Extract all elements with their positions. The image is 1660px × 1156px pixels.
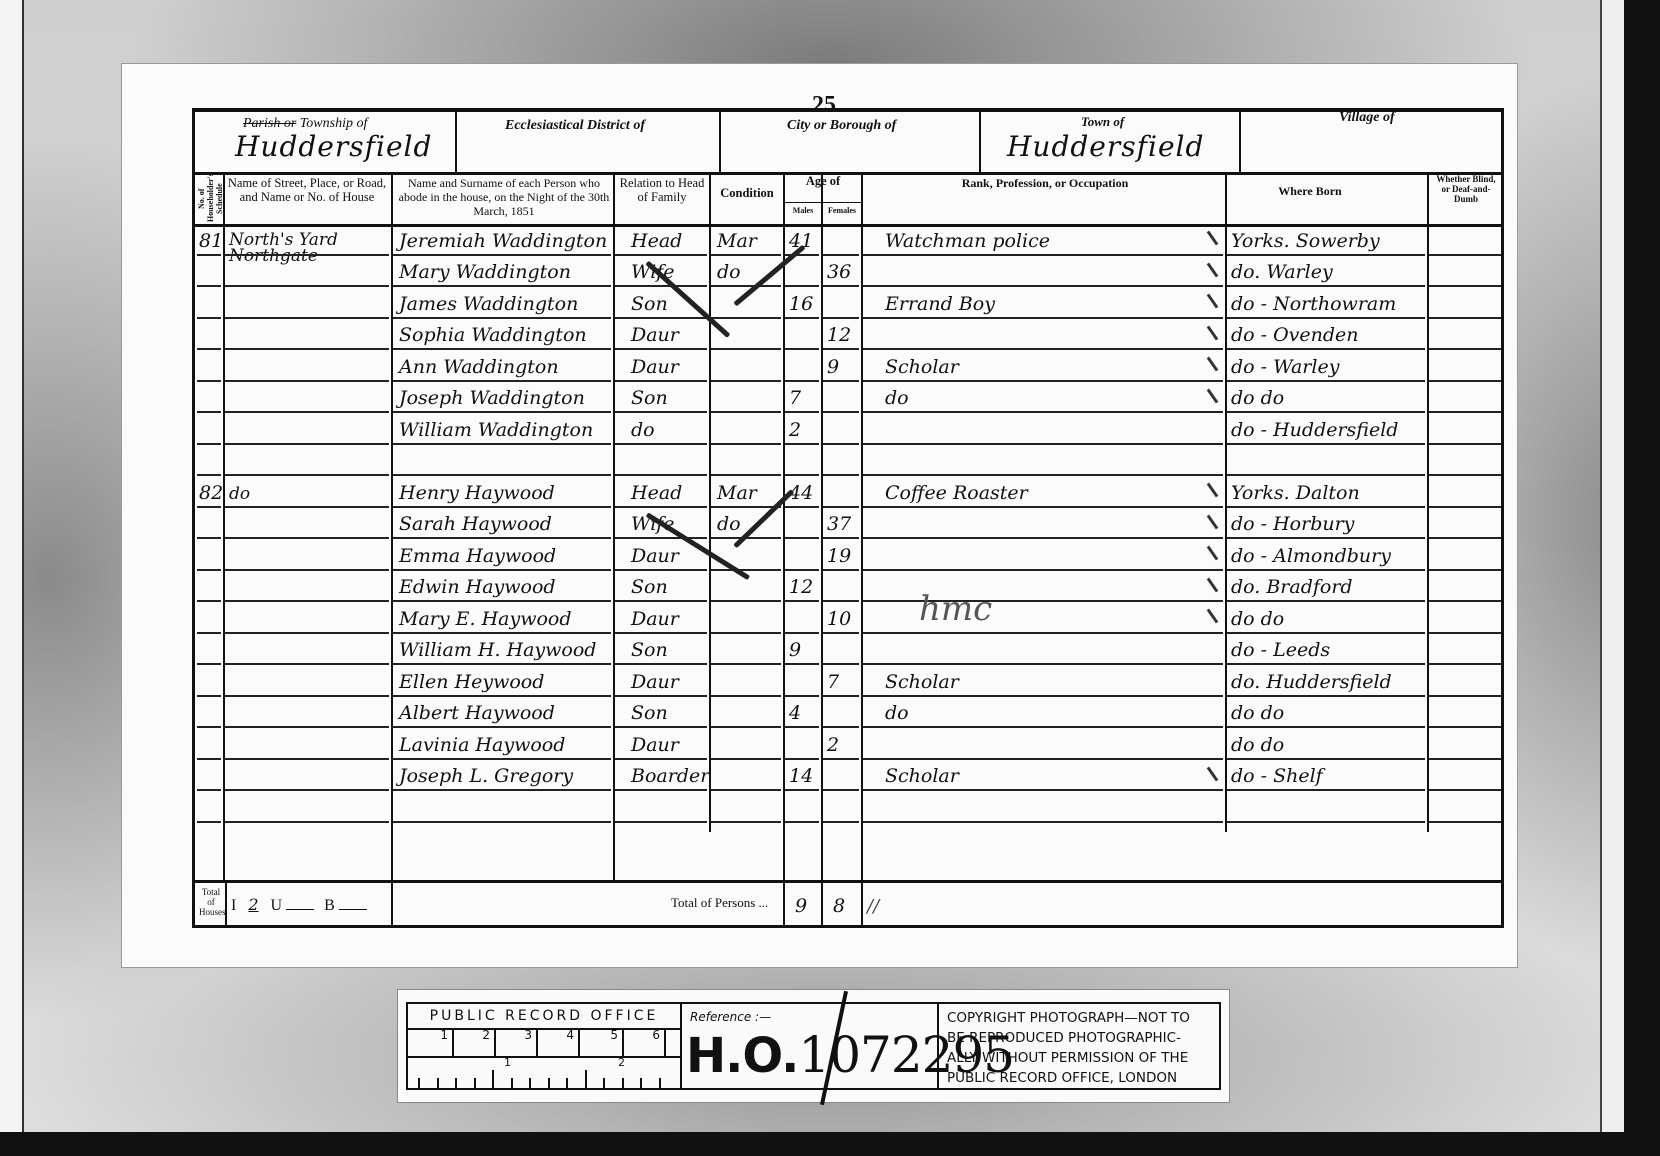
person-name: Jeremiah Waddington bbox=[399, 230, 607, 252]
rule-h bbox=[197, 821, 221, 823]
ecclesiastical-cell: Ecclesiastical District of bbox=[457, 112, 721, 172]
birthplace: Yorks. Sowerby bbox=[1231, 230, 1380, 252]
pro-label-frame: PUBLIC RECORD OFFICE 1 2 3 4 5 6 1 2 Ref… bbox=[406, 1002, 1221, 1090]
relation-to-head: Son bbox=[631, 293, 668, 315]
film-edge-left bbox=[0, 0, 24, 1156]
film-edge-right-inner bbox=[1600, 0, 1624, 1156]
relation-to-head: Daur bbox=[631, 608, 679, 630]
scale-1: 1 bbox=[408, 1028, 454, 1056]
houses-uninhabited bbox=[286, 909, 314, 910]
relation-to-head: Daur bbox=[631, 671, 679, 693]
reference-prefix: H.O. bbox=[686, 1028, 798, 1084]
ecclesiastical-label: Ecclesiastical District of bbox=[505, 118, 645, 134]
street-address: do bbox=[229, 484, 250, 504]
col-blind-deaf: Whether Blind, or Deaf-and-Dumb bbox=[1435, 174, 1497, 204]
birthplace: do. Warley bbox=[1231, 261, 1333, 283]
reference-label: Reference :— bbox=[690, 1010, 771, 1024]
margin-scrawl: hmc bbox=[919, 589, 992, 629]
film-edge-bottom bbox=[0, 1132, 1660, 1156]
ruler-tick bbox=[455, 1078, 457, 1090]
totals-row: Total of Houses I 2 U B Total of Persons… bbox=[195, 880, 1501, 925]
place-header: Parish or Township of Huddersfield Eccle… bbox=[195, 112, 1501, 175]
col-age: Age of bbox=[785, 174, 861, 188]
table-row: Sarah HaywoodWifedo37do - Horbury bbox=[195, 508, 1501, 540]
uninhabited-label: U bbox=[271, 897, 283, 914]
age-subdivider bbox=[785, 202, 861, 203]
rule-v bbox=[391, 883, 393, 925]
table-row: Emma HaywoodDaur19do - Almondbury bbox=[195, 539, 1501, 571]
relation-to-head: Head bbox=[631, 482, 682, 504]
birthplace: do - Warley bbox=[1231, 356, 1339, 378]
scale-5: 5 bbox=[580, 1028, 624, 1056]
ruler-tick bbox=[474, 1078, 476, 1090]
occupation: do bbox=[885, 387, 909, 409]
table-row: Lavinia HaywoodDaur2do do bbox=[195, 728, 1501, 760]
total-houses-label: Total of Houses bbox=[199, 887, 223, 917]
age-male: 2 bbox=[789, 419, 801, 441]
inhabited-label: I bbox=[231, 897, 236, 914]
ruler-tick bbox=[492, 1070, 494, 1090]
ruler-tick bbox=[566, 1078, 568, 1090]
ruler-tick bbox=[585, 1070, 587, 1090]
person-name: Albert Haywood bbox=[399, 702, 555, 724]
relation-to-head: Daur bbox=[631, 356, 679, 378]
ruler-tick bbox=[437, 1078, 439, 1090]
birthplace: do. Bradford bbox=[1231, 576, 1353, 598]
rule-h bbox=[711, 821, 781, 823]
occupation: Scholar bbox=[885, 671, 959, 693]
copyright-line: ALLY WITHOUT PERMISSION OF THE bbox=[947, 1048, 1211, 1068]
person-name: Ann Waddington bbox=[399, 356, 559, 378]
total-tick: // bbox=[867, 896, 879, 917]
marital-condition: Mar bbox=[717, 230, 757, 252]
city-label: City or Borough of bbox=[787, 118, 896, 134]
table-row bbox=[195, 445, 1501, 477]
occupation: Scholar bbox=[885, 356, 959, 378]
total-females: 8 bbox=[833, 895, 845, 917]
pro-reference-block: Reference :— H.O.1072295 bbox=[682, 1004, 939, 1088]
table-row: William Waddingtondo2do - Huddersfield bbox=[195, 413, 1501, 445]
village-cell: Village of bbox=[1241, 112, 1501, 172]
table-row: Ann WaddingtonDaur9Scholardo - Warley bbox=[195, 350, 1501, 382]
birthplace: Yorks. Dalton bbox=[1231, 482, 1360, 504]
age-male: 4 bbox=[789, 702, 801, 724]
relation-to-head: Daur bbox=[631, 545, 679, 567]
table-row: Sophia WaddingtonDaur12do - Ovenden bbox=[195, 319, 1501, 351]
col-relation: Relation to Head of Family bbox=[615, 176, 709, 204]
parish-label: Township of bbox=[300, 116, 368, 131]
age-female: 2 bbox=[827, 734, 839, 756]
relation-to-head: Daur bbox=[631, 324, 679, 346]
birthplace: do - Shelf bbox=[1231, 765, 1323, 787]
table-row: 81North's Yard NorthgateJeremiah Wadding… bbox=[195, 224, 1501, 256]
film-edge-right bbox=[1624, 0, 1660, 1156]
ruler: 1 2 bbox=[408, 1056, 680, 1090]
birthplace: do - Huddersfield bbox=[1231, 419, 1398, 441]
col-condition: Condition bbox=[711, 186, 783, 200]
census-table: Parish or Township of Huddersfield Eccle… bbox=[192, 108, 1504, 928]
parish-cell: Parish or Township of Huddersfield bbox=[195, 112, 457, 172]
col-age-males: Males bbox=[785, 206, 821, 215]
col-name: Name and Surname of each Person who abod… bbox=[395, 176, 613, 218]
town-cell: Town of Huddersfield bbox=[981, 112, 1241, 172]
rule-v bbox=[225, 883, 227, 925]
rule-h bbox=[785, 821, 819, 823]
age-male: 7 bbox=[789, 387, 801, 409]
rule-h bbox=[823, 821, 859, 823]
col-occupation: Rank, Profession, or Occupation bbox=[895, 176, 1195, 190]
relation-to-head: Daur bbox=[631, 734, 679, 756]
birthplace: do. Huddersfield bbox=[1231, 671, 1392, 693]
rule-v bbox=[783, 883, 785, 925]
table-row: Joseph L. GregoryBoarder14Scholardo - Sh… bbox=[195, 760, 1501, 792]
table-row: Mary WaddingtonWifedo36do. Warley bbox=[195, 256, 1501, 288]
houses-inhabited: 2 bbox=[240, 895, 266, 914]
relation-to-head: Son bbox=[631, 387, 668, 409]
age-female: 7 bbox=[827, 671, 839, 693]
houses-tally: I 2 U B bbox=[231, 895, 367, 915]
pro-reference-label: PUBLIC RECORD OFFICE 1 2 3 4 5 6 1 2 Ref… bbox=[398, 990, 1229, 1102]
person-name: Ellen Heywood bbox=[399, 671, 544, 693]
occupation: Scholar bbox=[885, 765, 959, 787]
copyright-line: COPYRIGHT PHOTOGRAPH—NOT TO bbox=[947, 1008, 1211, 1028]
rule-h bbox=[863, 821, 1223, 823]
age-male: 12 bbox=[789, 576, 813, 598]
rule-h bbox=[393, 821, 611, 823]
reference-piece: 107 bbox=[798, 1026, 890, 1084]
person-name: William H. Haywood bbox=[399, 639, 596, 661]
relation-to-head: Boarder bbox=[631, 765, 709, 787]
village-label: Village of bbox=[1339, 110, 1395, 126]
col-schedule-no: No. of Householder's Schedule bbox=[197, 176, 223, 222]
age-female: 10 bbox=[827, 608, 851, 630]
occupation: Errand Boy bbox=[885, 293, 995, 315]
copyright-line: PUBLIC RECORD OFFICE, LONDON bbox=[947, 1068, 1211, 1088]
scale-row: 1 2 3 4 5 6 bbox=[408, 1028, 680, 1058]
schedule-number: 81 bbox=[199, 230, 223, 252]
table-row: 82doHenry HaywoodHeadMar44Coffee Roaster… bbox=[195, 476, 1501, 508]
birthplace: do - Leeds bbox=[1231, 639, 1330, 661]
age-male: 9 bbox=[789, 639, 801, 661]
occupation: Coffee Roaster bbox=[885, 482, 1028, 504]
age-female: 9 bbox=[827, 356, 839, 378]
person-name: Sarah Haywood bbox=[399, 513, 552, 535]
person-name: Henry Haywood bbox=[399, 482, 555, 504]
birthplace: do do bbox=[1231, 608, 1284, 630]
relation-to-head: Son bbox=[631, 576, 668, 598]
relation-to-head: do bbox=[631, 419, 655, 441]
scale-3: 3 bbox=[496, 1028, 538, 1056]
census-sheet: 25 Parish or Township of Huddersfield Ec… bbox=[122, 64, 1517, 967]
building-label: B bbox=[324, 897, 335, 914]
ruler-tick bbox=[418, 1078, 420, 1090]
rule-v bbox=[821, 883, 823, 925]
scale-6: 6 bbox=[624, 1028, 666, 1056]
birthplace: do do bbox=[1231, 734, 1284, 756]
person-name: Lavinia Haywood bbox=[399, 734, 565, 756]
table-row: Albert HaywoodSon4dodo do bbox=[195, 697, 1501, 729]
table-row: James WaddingtonSon16Errand Boydo - Nort… bbox=[195, 287, 1501, 319]
age-female: 19 bbox=[827, 545, 851, 567]
rule-h bbox=[1429, 821, 1501, 823]
table-row: William H. HaywoodSon9do - Leeds bbox=[195, 634, 1501, 666]
col-where-born: Where Born bbox=[1225, 184, 1395, 198]
age-male: 16 bbox=[789, 293, 813, 315]
scale-4: 4 bbox=[538, 1028, 580, 1056]
person-name: Sophia Waddington bbox=[399, 324, 587, 346]
pro-office-title: PUBLIC RECORD OFFICE bbox=[408, 1004, 680, 1030]
age-female: 36 bbox=[827, 261, 851, 283]
copyright-notice: COPYRIGHT PHOTOGRAPH—NOT TO BE REPRODUCE… bbox=[939, 1004, 1219, 1088]
occupation: Watchman police bbox=[885, 230, 1050, 252]
person-name: Edwin Haywood bbox=[399, 576, 556, 598]
birthplace: do - Ovenden bbox=[1231, 324, 1359, 346]
ruler-tick bbox=[659, 1078, 661, 1090]
birthplace: do - Northowram bbox=[1231, 293, 1396, 315]
birthplace: do do bbox=[1231, 387, 1284, 409]
birthplace: do do bbox=[1231, 702, 1284, 724]
relation-to-head: Son bbox=[631, 702, 668, 724]
schedule-number: 82 bbox=[199, 482, 223, 504]
total-persons-label: Total of Persons ... bbox=[671, 895, 768, 911]
ruler-2: 2 bbox=[618, 1056, 625, 1069]
age-male: 14 bbox=[789, 765, 813, 787]
ruler-tick bbox=[622, 1078, 624, 1090]
total-males: 9 bbox=[795, 895, 807, 917]
rule-h bbox=[225, 821, 389, 823]
relation-to-head: Son bbox=[631, 639, 668, 661]
person-name: Emma Haywood bbox=[399, 545, 556, 567]
table-row: Joseph WaddingtonSon7dodo do bbox=[195, 382, 1501, 414]
person-name: Joseph L. Gregory bbox=[399, 765, 573, 787]
parish-value: Huddersfield bbox=[235, 130, 432, 163]
table-row: Mary E. HaywoodDaur10do do bbox=[195, 602, 1501, 634]
age-female: 37 bbox=[827, 513, 851, 535]
pro-scale-block: PUBLIC RECORD OFFICE 1 2 3 4 5 6 1 2 bbox=[408, 1004, 682, 1088]
rule-h bbox=[615, 821, 707, 823]
ruler-1: 1 bbox=[504, 1056, 511, 1069]
ruler-tick bbox=[640, 1078, 642, 1090]
town-label: Town of bbox=[1081, 114, 1124, 130]
city-cell: City or Borough of bbox=[721, 112, 981, 172]
age-female: 12 bbox=[827, 324, 851, 346]
table-row: Ellen HeywoodDaur7Scholardo. Huddersfiel… bbox=[195, 665, 1501, 697]
rule-h bbox=[1227, 821, 1425, 823]
person-name: Mary E. Haywood bbox=[399, 608, 572, 630]
col-age-females: Females bbox=[823, 206, 861, 215]
copyright-line: BE REPRODUCED PHOTOGRAPHIC- bbox=[947, 1028, 1211, 1048]
birthplace: do - Almondbury bbox=[1231, 545, 1391, 567]
occupation: do bbox=[885, 702, 909, 724]
person-name: William Waddington bbox=[399, 419, 593, 441]
scale-2: 2 bbox=[454, 1028, 496, 1056]
person-name: Joseph Waddington bbox=[399, 387, 585, 409]
town-value: Huddersfield bbox=[1007, 130, 1204, 163]
rule-v bbox=[861, 883, 863, 925]
table-row bbox=[195, 791, 1501, 823]
person-name: James Waddington bbox=[399, 293, 578, 315]
marital-condition: do bbox=[717, 261, 741, 283]
parish-label-struck: Parish or bbox=[243, 116, 296, 131]
person-name: Mary Waddington bbox=[399, 261, 571, 283]
relation-to-head: Head bbox=[631, 230, 682, 252]
ruler-tick bbox=[529, 1078, 531, 1090]
ruler-tick bbox=[548, 1078, 550, 1090]
marital-condition: Mar bbox=[717, 482, 757, 504]
birthplace: do - Horbury bbox=[1231, 513, 1354, 535]
col-street: Name of Street, Place, or Road, and Name… bbox=[227, 176, 387, 204]
marital-condition: do bbox=[717, 513, 741, 535]
houses-building bbox=[339, 909, 367, 910]
ruler-tick bbox=[603, 1078, 605, 1090]
ruler-tick bbox=[511, 1078, 513, 1090]
table-row: Edwin HaywoodSon12do. Bradford bbox=[195, 571, 1501, 603]
